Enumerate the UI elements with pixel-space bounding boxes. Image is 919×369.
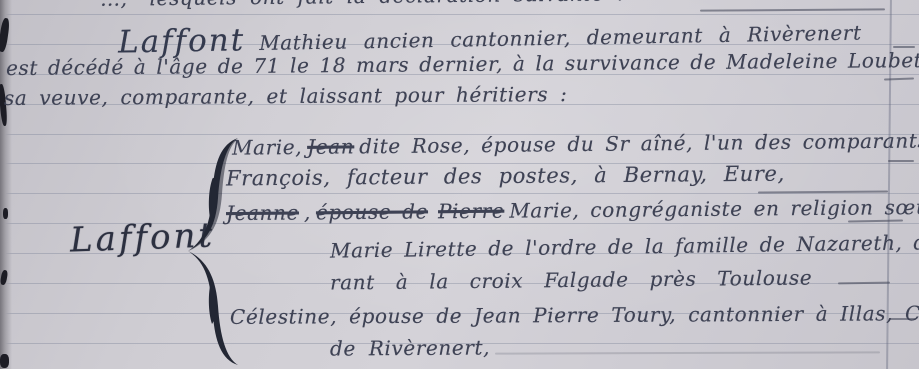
heir-religieuse-comma: , [304,200,311,224]
ink-blot [3,208,8,219]
heir-line-celestine: Célestine, épouse de Jean Pierre Toury, … [230,300,919,329]
heir-line-religieuse-3: rant à la croix Falgade près Toulouse [330,265,812,294]
heir-marie-pre: Marie, [232,135,302,160]
heir-line-celestine-2: de Rivèrenert, [330,335,490,360]
heir-religieuse-post: Marie, congréganiste en religion sœur [509,195,919,223]
heir-marie-struck-word: Jean [307,134,354,158]
heir-religieuse-struck-pierre: Pierre [438,199,504,224]
cutoff-word: …, [100,0,128,11]
ink-filler-line [884,77,914,80]
heir-line-religieuse: Jeanne,épouse dePierreMarie, congréganis… [226,195,919,225]
heir-line-marie: Marie,Jeandite Rose, épouse du Sr aîné, … [232,128,919,159]
heir-religieuse-struck-name: Jeanne [226,200,299,225]
heir-religieuse-struck-epouse: épouse de [316,199,428,224]
widow-text: sa veuve, comparante, et laissant pour h… [4,82,568,110]
ink-filler-line [888,160,914,162]
manuscript-page: …,lesquels ont fait la déclaration suiva… [0,0,919,369]
heir-religieuse-line3-text: rant à la croix Falgade près Toulouse [330,265,812,294]
heir-celestine-line2-text: de Rivèrenert, [330,335,490,360]
heir-line-religieuse-2: Marie Lirette de l'ordre de la famille d… [330,229,919,262]
ink-filler-line [495,351,880,354]
heir-marie-post: dite Rose, épouse du Sr aîné, l'un des c… [359,128,919,158]
text-line-widow: sa veuve, comparante, et laissant pour h… [4,82,568,110]
heir-francois-text: François, facteur des postes, à Bernay, … [226,162,785,191]
declaration-text: lesquels ont fait la déclaration suivant… [149,0,624,10]
text-line-declaration: …,lesquels ont fait la déclaration suiva… [100,0,625,11]
ink-filler-line [758,190,888,193]
ink-filler-line [848,220,903,223]
heir-religieuse-line2-text: Marie Lirette de l'ordre de la famille d… [330,229,919,262]
heir-line-francois: François, facteur des postes, à Bernay, … [226,162,785,191]
ink-filler-line [890,318,916,320]
ink-filler-line [838,282,890,285]
ink-blot [0,354,9,368]
heir-celestine-text: Célestine, épouse de Jean Pierre Toury, … [230,301,919,329]
